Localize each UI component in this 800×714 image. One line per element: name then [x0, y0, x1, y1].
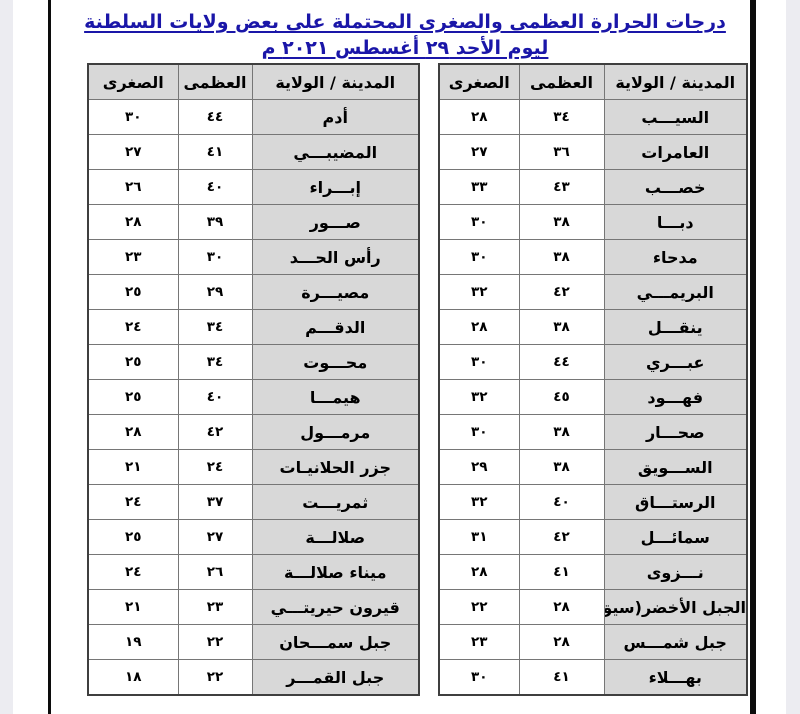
min-temp-cell: ٣٠ [439, 660, 519, 696]
table-row: جزر الحلانيـات٢٤٢١ [88, 450, 419, 485]
city-name-cell: الســـويق [604, 450, 747, 485]
max-temp-cell: ٤١ [519, 660, 604, 696]
max-temp-cell: ٤٢ [178, 415, 252, 450]
min-temp-cell: ٢٥ [88, 345, 178, 380]
max-temp-cell: ٤٤ [519, 345, 604, 380]
table-row: قيرون حيريتـــي٢٣٢١ [88, 590, 419, 625]
city-name-cell: مدحاء [604, 240, 747, 275]
city-name-cell: الدقـــم [252, 310, 419, 345]
column-header-min: الصغرى [439, 64, 519, 100]
table-header-row: المدينة / الولاية العظمى الصغرى [88, 64, 419, 100]
min-temp-cell: ٢٨ [88, 205, 178, 240]
min-temp-cell: ٢٥ [88, 275, 178, 310]
min-temp-cell: ٣٢ [439, 275, 519, 310]
city-name-cell: نـــزوى [604, 555, 747, 590]
max-temp-cell: ٤٢ [519, 520, 604, 555]
max-temp-cell: ٢٣ [178, 590, 252, 625]
city-name-cell: جبل شمـــس [604, 625, 747, 660]
table-row: مرمـــول٤٢٢٨ [88, 415, 419, 450]
city-name-cell: مصيـــرة [252, 275, 419, 310]
table-row: خصـــب٤٣٣٣ [439, 170, 747, 205]
max-temp-cell: ٤٢ [519, 275, 604, 310]
min-temp-cell: ٢١ [88, 450, 178, 485]
city-name-cell: ثمريـــت [252, 485, 419, 520]
min-temp-cell: ٣٣ [439, 170, 519, 205]
city-name-cell: جبل القمـــر [252, 660, 419, 696]
table-row: الســـويق٣٨٢٩ [439, 450, 747, 485]
min-temp-cell: ٢٤ [88, 485, 178, 520]
max-temp-cell: ٣٨ [519, 205, 604, 240]
screen-edge-strip-right [786, 0, 800, 714]
city-name-cell: رأس الحـــد [252, 240, 419, 275]
min-temp-cell: ٢١ [88, 590, 178, 625]
min-temp-cell: ٣١ [439, 520, 519, 555]
max-temp-cell: ٤٥ [519, 380, 604, 415]
city-name-cell: الرستـــاق [604, 485, 747, 520]
document-title: درجات الحرارة العظمى والصغرى المحتملة عل… [62, 9, 748, 61]
city-name-cell: محـــوت [252, 345, 419, 380]
table-row: العامرات٣٦٢٧ [439, 135, 747, 170]
table-row: صحـــار٣٨٣٠ [439, 415, 747, 450]
max-temp-cell: ٢٩ [178, 275, 252, 310]
max-temp-cell: ٣٨ [519, 240, 604, 275]
city-name-cell: المضيبـــي [252, 135, 419, 170]
max-temp-cell: ٢٧ [178, 520, 252, 555]
min-temp-cell: ٢٥ [88, 380, 178, 415]
table-row: رأس الحـــد٣٠٢٣ [88, 240, 419, 275]
min-temp-cell: ٢٨ [439, 555, 519, 590]
max-temp-cell: ٣٨ [519, 415, 604, 450]
city-name-cell: صحـــار [604, 415, 747, 450]
city-name-cell: البريمـــي [604, 275, 747, 310]
city-name-cell: الجبل الأخضر(سيق) [604, 590, 747, 625]
table-row: نـــزوى٤١٢٨ [439, 555, 747, 590]
table-row: جبل القمـــر٢٢١٨ [88, 660, 419, 696]
min-temp-cell: ٣٠ [439, 240, 519, 275]
city-name-cell: العامرات [604, 135, 747, 170]
max-temp-cell: ٤٤ [178, 100, 252, 135]
table-row: دبـــا٣٨٣٠ [439, 205, 747, 240]
min-temp-cell: ٢٤ [88, 555, 178, 590]
max-temp-cell: ٤٠ [178, 380, 252, 415]
min-temp-cell: ٣٢ [439, 380, 519, 415]
max-temp-cell: ٣٩ [178, 205, 252, 240]
city-name-cell: صلالـــة [252, 520, 419, 555]
max-temp-cell: ٣٤ [178, 310, 252, 345]
min-temp-cell: ٣٢ [439, 485, 519, 520]
min-temp-cell: ٢٨ [88, 415, 178, 450]
table-row: هيمـــا٤٠٢٥ [88, 380, 419, 415]
min-temp-cell: ٢٢ [439, 590, 519, 625]
min-temp-cell: ٢٣ [439, 625, 519, 660]
max-temp-cell: ٣٨ [519, 450, 604, 485]
table-row: بهـــلاء٤١٣٠ [439, 660, 747, 696]
city-name-cell: ميناء صلالـــة [252, 555, 419, 590]
city-name-cell: جزر الحلانيـات [252, 450, 419, 485]
city-name-cell: دبـــا [604, 205, 747, 240]
max-temp-cell: ٤١ [519, 555, 604, 590]
column-header-city: المدينة / الولاية [604, 64, 747, 100]
city-name-cell: ينقـــل [604, 310, 747, 345]
max-temp-cell: ٣٨ [519, 310, 604, 345]
column-header-max: العظمى [178, 64, 252, 100]
page-border-line-left [48, 0, 51, 714]
table-row: فهـــود٤٥٣٢ [439, 380, 747, 415]
city-name-cell: هيمـــا [252, 380, 419, 415]
city-name-cell: صـــور [252, 205, 419, 240]
table-row: ميناء صلالـــة٢٦٢٤ [88, 555, 419, 590]
max-temp-cell: ٢٦ [178, 555, 252, 590]
min-temp-cell: ٢٨ [439, 100, 519, 135]
table-row: صـــور٣٩٢٨ [88, 205, 419, 240]
column-header-max: العظمى [519, 64, 604, 100]
city-name-cell: مرمـــول [252, 415, 419, 450]
min-temp-cell: ٣٠ [439, 205, 519, 240]
min-temp-cell: ٢٩ [439, 450, 519, 485]
city-name-cell: سمائـــل [604, 520, 747, 555]
screen-edge-strip-left [0, 0, 13, 714]
table-row: صلالـــة٢٧٢٥ [88, 520, 419, 555]
min-temp-cell: ١٨ [88, 660, 178, 696]
table-row: محـــوت٣٤٢٥ [88, 345, 419, 380]
max-temp-cell: ٣٦ [519, 135, 604, 170]
max-temp-cell: ٣٧ [178, 485, 252, 520]
min-temp-cell: ٢٤ [88, 310, 178, 345]
max-temp-cell: ٢٢ [178, 660, 252, 696]
max-temp-cell: ٤١ [178, 135, 252, 170]
max-temp-cell: ٣٠ [178, 240, 252, 275]
table-row: الدقـــم٣٤٢٤ [88, 310, 419, 345]
max-temp-cell: ٢٨ [519, 625, 604, 660]
max-temp-cell: ٢٢ [178, 625, 252, 660]
max-temp-cell: ٤٠ [178, 170, 252, 205]
min-temp-cell: ١٩ [88, 625, 178, 660]
max-temp-cell: ٣٤ [178, 345, 252, 380]
min-temp-cell: ٢٧ [439, 135, 519, 170]
temperature-table-right: المدينة / الولاية العظمى الصغرى السيـــب… [438, 63, 748, 696]
table-row: الجبل الأخضر(سيق)٢٨٢٢ [439, 590, 747, 625]
min-temp-cell: ٣٠ [88, 100, 178, 135]
city-name-cell: فهـــود [604, 380, 747, 415]
table-row: مدحاء٣٨٣٠ [439, 240, 747, 275]
city-name-cell: خصـــب [604, 170, 747, 205]
max-temp-cell: ٢٤ [178, 450, 252, 485]
table-row: مصيـــرة٢٩٢٥ [88, 275, 419, 310]
column-header-city: المدينة / الولاية [252, 64, 419, 100]
table-row: أدم٤٤٣٠ [88, 100, 419, 135]
max-temp-cell: ٤٠ [519, 485, 604, 520]
column-header-min: الصغرى [88, 64, 178, 100]
city-name-cell: أدم [252, 100, 419, 135]
table-row: جبل سمـــحان٢٢١٩ [88, 625, 419, 660]
max-temp-cell: ٤٣ [519, 170, 604, 205]
city-name-cell: السيـــب [604, 100, 747, 135]
min-temp-cell: ٢٥ [88, 520, 178, 555]
table-row: البريمـــي٤٢٣٢ [439, 275, 747, 310]
city-name-cell: بهـــلاء [604, 660, 747, 696]
min-temp-cell: ٣٠ [439, 345, 519, 380]
city-name-cell: إبـــراء [252, 170, 419, 205]
city-name-cell: عبـــري [604, 345, 747, 380]
table-row: ينقـــل٣٨٢٨ [439, 310, 747, 345]
table-row: السيـــب٣٤٢٨ [439, 100, 747, 135]
table-row: الرستـــاق٤٠٣٢ [439, 485, 747, 520]
min-temp-cell: ٣٠ [439, 415, 519, 450]
table-row: عبـــري٤٤٣٠ [439, 345, 747, 380]
max-temp-cell: ٢٨ [519, 590, 604, 625]
min-temp-cell: ٢٣ [88, 240, 178, 275]
min-temp-cell: ٢٧ [88, 135, 178, 170]
table-header-row: المدينة / الولاية العظمى الصغرى [439, 64, 747, 100]
temperature-table-left: المدينة / الولاية العظمى الصغرى أدم٤٤٣٠ا… [87, 63, 420, 696]
city-name-cell: جبل سمـــحان [252, 625, 419, 660]
min-temp-cell: ٢٨ [439, 310, 519, 345]
table-row: إبـــراء٤٠٢٦ [88, 170, 419, 205]
table-row: ثمريـــت٣٧٢٤ [88, 485, 419, 520]
table-row: جبل شمـــس٢٨٢٣ [439, 625, 747, 660]
min-temp-cell: ٢٦ [88, 170, 178, 205]
city-name-cell: قيرون حيريتـــي [252, 590, 419, 625]
page-border-line-right [750, 0, 756, 714]
table-row: المضيبـــي٤١٢٧ [88, 135, 419, 170]
table-row: سمائـــل٤٢٣١ [439, 520, 747, 555]
max-temp-cell: ٣٤ [519, 100, 604, 135]
